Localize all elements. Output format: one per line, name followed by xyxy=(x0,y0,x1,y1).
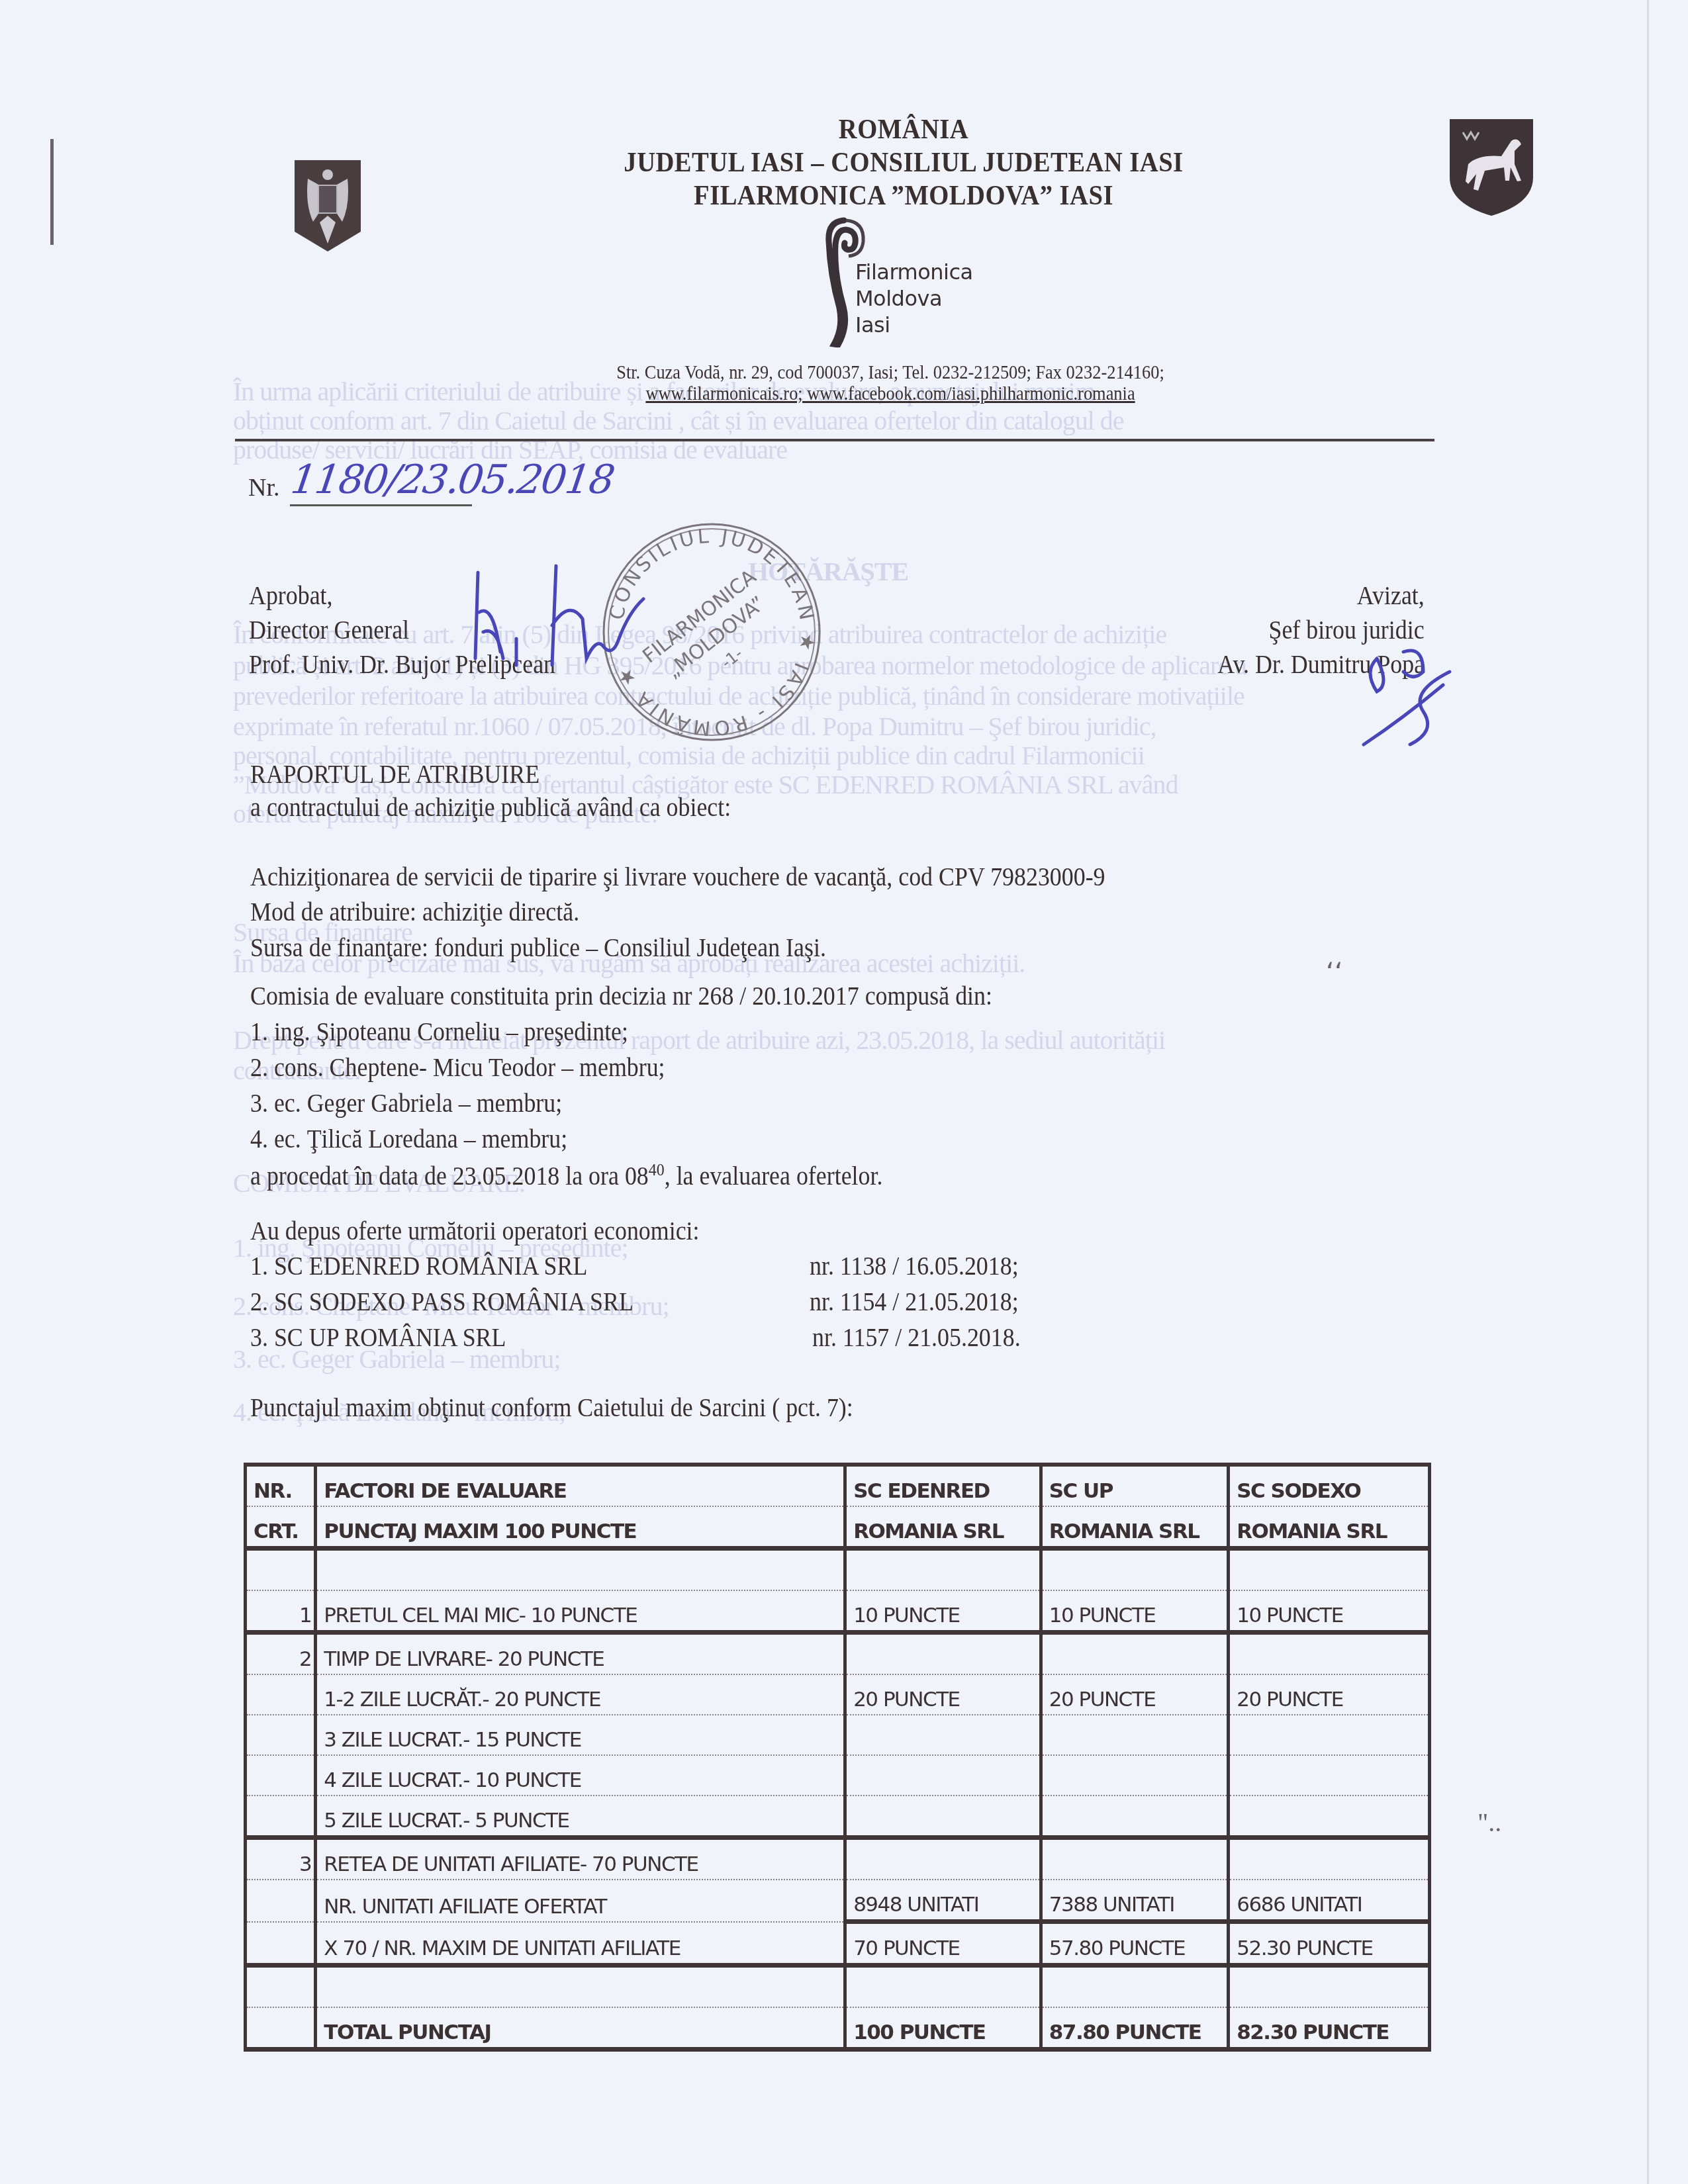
score-sodexo: 10 PUNCTE xyxy=(1229,1590,1430,1633)
row-number xyxy=(246,1715,316,1755)
score-sodexo xyxy=(1229,1796,1430,1838)
score-up: 87.80 PUNCTE xyxy=(1041,2007,1228,2050)
registration-handwritten-number: 1180/23.05.2018 xyxy=(288,457,616,503)
score-up xyxy=(1041,1755,1228,1796)
row-factor: TOTAL PUNCTAJ xyxy=(316,2007,845,2050)
binder-mark xyxy=(50,139,54,245)
score-up xyxy=(1041,1796,1228,1838)
score-up xyxy=(1041,1838,1228,1880)
legal-head-title: Şef birou juridic xyxy=(1269,615,1425,645)
row-factor: 1-2 ZILE LUCRĂT.- 20 PUNCTE xyxy=(316,1674,845,1715)
score-edenred xyxy=(845,1549,1041,1591)
score-sodexo xyxy=(1229,1755,1430,1796)
score-up xyxy=(1041,1966,1228,2008)
score-sodexo: 6686 UNITATI xyxy=(1229,1880,1430,1922)
table-row: 3 ZILE LUCRAT.- 15 PUNCTE xyxy=(246,1715,1430,1755)
commission-member: 3. ec. Geger Gabriela – membru; xyxy=(250,1089,562,1118)
table-row xyxy=(246,1966,1430,2008)
header-max-score: PUNCTAJ MAXIM 100 PUNCTE xyxy=(316,1506,845,1549)
report-object: Achiziţionarea de servicii de tiparire ş… xyxy=(250,862,1105,892)
header-sodexo: SC SODEXO xyxy=(1229,1465,1430,1506)
score-sodexo xyxy=(1229,1633,1430,1675)
row-number xyxy=(246,1796,316,1838)
scan-speck: ".. xyxy=(1477,1807,1501,1838)
offer-company: 2. SC SODEXO PASS ROMÂNIA SRL xyxy=(250,1287,633,1317)
funding-source: Sursa de finanţare: fonduri publice – Co… xyxy=(250,933,826,963)
table-total-row: TOTAL PUNCTAJ100 PUNCTE87.80 PUNCTE82.30… xyxy=(246,2007,1430,2050)
offer-company: 3. SC UP ROMÂNIA SRL xyxy=(250,1323,506,1353)
score-edenred xyxy=(845,1633,1041,1675)
score-sodexo xyxy=(1229,1549,1430,1591)
scan-speck: ،، xyxy=(1325,944,1342,975)
evaluation-statement-end: , la evaluarea ofertelor. xyxy=(665,1162,883,1191)
director-signature xyxy=(470,559,695,678)
table-row xyxy=(246,1549,1430,1591)
score-up xyxy=(1041,1549,1228,1591)
commission-member: 4. ec. Ţilică Loredana – membru; xyxy=(250,1124,567,1154)
row-factor: NR. UNITATI AFILIATE OFERTAT xyxy=(316,1880,845,1922)
row-number xyxy=(246,1755,316,1796)
commission-member: 1. ing. Şipoteanu Corneliu – preşedinte; xyxy=(250,1017,628,1047)
offers-intro: Au depus oferte următorii operatori econ… xyxy=(250,1216,700,1246)
score-sodexo: 20 PUNCTE xyxy=(1229,1674,1430,1715)
commission-intro: Comisia de evaluare constituita prin dec… xyxy=(250,981,992,1011)
row-factor: PRETUL CEL MAI MIC- 10 PUNCTE xyxy=(316,1590,845,1633)
header-up: SC UP xyxy=(1041,1465,1228,1506)
score-edenred xyxy=(845,1715,1041,1755)
score-edenred xyxy=(845,1966,1041,2008)
row-factor xyxy=(316,1549,845,1591)
score-edenred: 8948 UNITATI xyxy=(845,1880,1041,1922)
row-number: 2 xyxy=(246,1633,316,1675)
table-row: 4 ZILE LUCRAT.- 10 PUNCTE xyxy=(246,1755,1430,1796)
row-factor: X 70 / NR. MAXIM DE UNITATI AFILIATE xyxy=(316,1922,845,1966)
legal-head-signature xyxy=(1350,645,1466,751)
header-county-council: JUDETUL IASI – CONSILIUL JUDETEAN IASI xyxy=(127,147,1680,179)
award-mode: Mod de atribuire: achiziţie directă. xyxy=(250,897,579,927)
score-up: 57.80 PUNCTE xyxy=(1041,1922,1228,1966)
table-row: 2TIMP DE LIVRARE- 20 PUNCTE xyxy=(246,1633,1430,1675)
score-sodexo: 52.30 PUNCTE xyxy=(1229,1922,1430,1966)
row-number: 3 xyxy=(246,1838,316,1880)
score-edenred: 20 PUNCTE xyxy=(845,1674,1041,1715)
table-row: NR. UNITATI AFILIATE OFERTAT8948 UNITATI… xyxy=(246,1880,1430,1922)
offer-reference: nr. 1157 / 21.05.2018. xyxy=(812,1323,1021,1353)
offer-reference: nr. 1154 / 21.05.2018; xyxy=(810,1287,1019,1317)
row-factor: RETEA DE UNITATI AFILIATE- 70 PUNCTE xyxy=(316,1838,845,1880)
score-up: 10 PUNCTE xyxy=(1041,1590,1228,1633)
header-country: ROMÂNIA xyxy=(127,114,1680,146)
header-factors: FACTORI DE EVALUARE xyxy=(316,1465,845,1506)
score-edenred xyxy=(845,1755,1041,1796)
table-row: 3RETEA DE UNITATI AFILIATE- 70 PUNCTE xyxy=(246,1838,1430,1880)
header-edenred-2: ROMANIA SRL xyxy=(845,1506,1041,1549)
header-edenred: SC EDENRED xyxy=(845,1465,1041,1506)
header-up-2: ROMANIA SRL xyxy=(1041,1506,1228,1549)
row-number xyxy=(246,1922,316,1966)
evaluation-date-text: a procedat în data de 23.05.2018 la ora … xyxy=(250,1162,649,1191)
row-factor: 3 ZILE LUCRAT.- 15 PUNCTE xyxy=(316,1715,845,1755)
offer-reference: nr. 1138 / 16.05.2018; xyxy=(810,1251,1019,1281)
row-number xyxy=(246,1549,316,1591)
score-edenred xyxy=(845,1796,1041,1838)
score-sodexo: 82.30 PUNCTE xyxy=(1229,2007,1430,2050)
score-up xyxy=(1041,1715,1228,1755)
evaluation-score-table: NR. FACTORI DE EVALUARE SC EDENRED SC UP… xyxy=(244,1463,1431,2052)
header-rule xyxy=(235,439,1434,441)
commission-member: 2. cons. Cheptene- Micu Teodor – membru; xyxy=(250,1053,665,1083)
report-title: RAPORTUL DE ATRIBUIRE xyxy=(250,760,539,790)
score-up: 7388 UNITATI xyxy=(1041,1880,1228,1922)
evaluation-statement: a procedat în data de 23.05.2018 la ora … xyxy=(250,1160,882,1191)
row-number xyxy=(246,1880,316,1922)
logo-text-filarmonica: Filarmonica xyxy=(855,259,973,285)
table-header-row: NR. FACTORI DE EVALUARE SC EDENRED SC UP… xyxy=(246,1465,1430,1506)
svg-text:-1-: -1- xyxy=(718,644,746,672)
registration-underline xyxy=(290,504,472,506)
header-sodexo-2: ROMANIA SRL xyxy=(1229,1506,1430,1549)
header-web-links[interactable]: www.filarmonicais.ro; www.facebook.com/i… xyxy=(148,383,1633,405)
score-edenred: 100 PUNCTE xyxy=(845,2007,1041,2050)
header-address: Str. Cuza Vodă, nr. 29, cod 700037, Iasi… xyxy=(148,361,1633,384)
row-number xyxy=(246,2007,316,2050)
row-number xyxy=(246,1966,316,2008)
row-factor: 5 ZILE LUCRAT.- 5 PUNCTE xyxy=(316,1796,845,1838)
endorsed-label: Avizat, xyxy=(1357,581,1425,611)
score-intro: Punctajul maxim obţinut conform Caietulu… xyxy=(250,1393,853,1423)
table-row: 1-2 ZILE LUCRĂT.- 20 PUNCTE20 PUNCTE20 P… xyxy=(246,1674,1430,1715)
row-factor xyxy=(316,1966,845,2008)
score-up: 20 PUNCTE xyxy=(1041,1674,1228,1715)
table-row: 1PRETUL CEL MAI MIC- 10 PUNCTE10 PUNCTE1… xyxy=(246,1590,1430,1633)
score-sodexo xyxy=(1229,1838,1430,1880)
logo-text-iasi: Iasi xyxy=(855,312,890,338)
score-edenred: 70 PUNCTE xyxy=(845,1922,1041,1966)
table-row: 5 ZILE LUCRAT.- 5 PUNCTE xyxy=(246,1796,1430,1838)
score-sodexo xyxy=(1229,1715,1430,1755)
score-edenred: 10 PUNCTE xyxy=(845,1590,1041,1633)
evaluation-minutes: 40 xyxy=(649,1160,665,1179)
report-subtitle: a contractului de achiziţie publică avân… xyxy=(250,793,731,823)
score-edenred xyxy=(845,1838,1041,1880)
director-title: Director General xyxy=(249,615,409,645)
score-sodexo xyxy=(1229,1966,1430,2008)
row-number xyxy=(246,1674,316,1715)
page-edge xyxy=(1647,0,1649,2184)
row-number: 1 xyxy=(246,1590,316,1633)
offer-company: 1. SC EDENRED ROMÂNIA SRL xyxy=(250,1251,587,1281)
header-institution: FILARMONICA ”MOLDOVA” IASI xyxy=(127,180,1680,212)
score-up xyxy=(1041,1633,1228,1675)
approved-label: Aprobat, xyxy=(249,581,333,611)
logo-text-moldova: Moldova xyxy=(855,286,942,311)
registration-label: Nr. xyxy=(248,473,280,502)
row-factor: TIMP DE LIVRARE- 20 PUNCTE xyxy=(316,1633,845,1675)
header-crt: CRT. xyxy=(246,1506,316,1549)
table-header-row: CRT. PUNCTAJ MAXIM 100 PUNCTE ROMANIA SR… xyxy=(246,1506,1430,1549)
header-nr: NR. xyxy=(246,1465,316,1506)
row-factor: 4 ZILE LUCRAT.- 10 PUNCTE xyxy=(316,1755,845,1796)
bleed-line: obținut conform art. 7 din Caietul de Sa… xyxy=(233,405,1124,436)
table-row: X 70 / NR. MAXIM DE UNITATI AFILIATE70 P… xyxy=(246,1922,1430,1966)
